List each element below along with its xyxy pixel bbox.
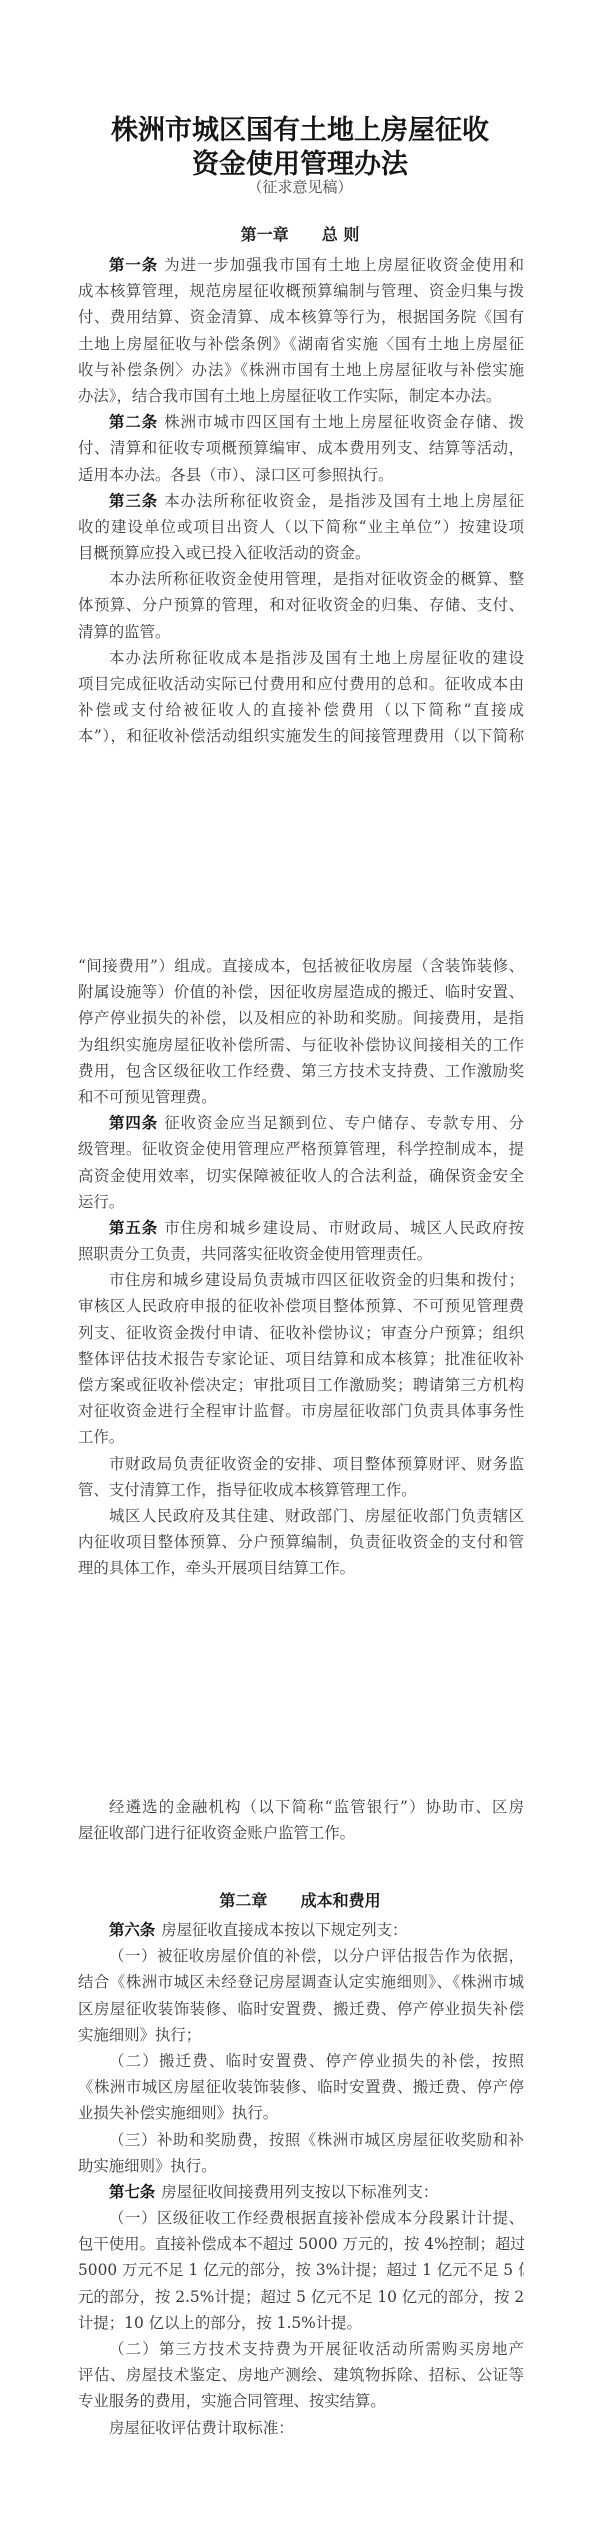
text-line: 屋征收部门进行征收资金账户监管工作。 xyxy=(78,1820,524,1846)
text-line: 照职责分工负责，共同落实征收资金使用管理责任。 xyxy=(78,1241,524,1267)
line-text: 包干使用。直接补偿成本不超过 5000 万元的，按 4%控制；超过 xyxy=(78,2235,524,2253)
text-line: 第七条房屋征收间接费用列支按以下标准列支： xyxy=(78,2179,524,2205)
line-text: 高资金使用效率，切实保障被征收人的合法利益，确保资金安全 xyxy=(78,1167,524,1185)
text-line: 对征收资金进行全程审计监督。市房屋征收部门负责具体事务性 xyxy=(78,1398,524,1424)
text-line: 专业服务的费用，实施合同管理、按实结算。 xyxy=(78,2388,524,2414)
text-line: 元的部分，按 2.5%计提；超过 5 亿元不足 10 亿元的部分，按 2% xyxy=(78,2284,524,2310)
line-text: 目概预算应投入或已投入征收活动的资金。 xyxy=(78,544,370,562)
line-text: 助实施细则》执行。 xyxy=(78,2157,217,2175)
text-line: 费用，包含区级征收工作经费、第三方技术支持费、工作激励奖 xyxy=(78,1058,524,1084)
line-text: 本办法所称征收资金，是指涉及国有土地上房屋征 xyxy=(164,492,524,510)
text-line: （一）被征收房屋价值的补偿，以分户评估报告作为依据， xyxy=(78,1943,524,1969)
text-line: 成本核算管理，规范房屋征收概预算编制与管理、资金归集与拨 xyxy=(78,278,524,304)
text-line: 工作。 xyxy=(78,1424,524,1450)
line-text: 房屋征收评估费计取标准： xyxy=(109,2419,294,2437)
text-line: “间接费用”）组成。直接成本，包括被征收房屋（含装饰装修、 xyxy=(78,953,524,979)
line-text: 土地上房屋征收与补偿条例》《湖南省实施〈国有土地上房屋征 xyxy=(78,335,524,353)
text-line: 第二条株洲市城市四区国有土地上房屋征收资金存储、拨 xyxy=(78,409,524,435)
line-text: 5000 万元不足 1 亿元的部分，按 3%计提；超过 1 亿元不足 5 亿 xyxy=(78,2261,524,2279)
article-label: 第五条 xyxy=(109,1219,158,1237)
text-line: 审核区人民政府申报的征收补偿项目整体预算、不可预见管理费 xyxy=(78,1293,524,1319)
chapter-name: 总 则 xyxy=(322,222,360,245)
line-text: （二）第三方技术支持费为开展征收活动所需购买房地产 xyxy=(109,2340,524,2358)
article-label: 第一条 xyxy=(109,256,158,274)
text-block: 第六条房屋征收直接成本按以下规定列支：（一）被征收房屋价值的补偿，以分户评估报告… xyxy=(78,1917,524,2441)
text-line: 区房屋征收装饰装修、临时安置费、搬迁费、停产停业损失补偿 xyxy=(78,1996,524,2022)
text-line: 补偿或支付给被征收人的直接补偿费用（以下简称“直接成 xyxy=(78,697,524,723)
text-line: 级管理。征收资金使用管理应严格预算管理，科学控制成本，提 xyxy=(78,1136,524,1162)
text-line: 办法》，结合我市国有土地上房屋征收工作实际，制定本办法。 xyxy=(78,383,524,409)
line-text: 项目完成征收活动实际已付费用和应付费用的总和。征收成本由 xyxy=(78,675,524,693)
line-text: （一）被征收房屋价值的补偿，以分户评估报告作为依据， xyxy=(109,1947,524,1965)
line-text: 房屋征收直接成本按以下规定列支： xyxy=(161,1921,407,1939)
line-text: 偿方案或征收补偿决定；审批项目工作激励奖；聘请第三方机构 xyxy=(78,1376,524,1394)
line-text: 清算的监管。 xyxy=(78,623,170,641)
text-line: 第三条本办法所称征收资金，是指涉及国有土地上房屋征 xyxy=(78,488,524,514)
text-line: 本办法所称征收成本是指涉及国有土地上房屋征收的建设 xyxy=(78,645,524,671)
line-text: 本办法所称征收资金使用管理，是指对征收资金的概算、整 xyxy=(109,570,524,588)
chapter-heading-1: 第一章 总 则 xyxy=(0,222,600,245)
line-text: 株洲市城市四区国有土地上房屋征收资金存储、拨 xyxy=(164,413,524,431)
text-line: 附属设施等）价值的补偿，因征收房屋造成的搬迁、临时安置、 xyxy=(78,979,524,1005)
line-text: 结合《株洲市城区未经登记房屋调查认定实施细则》、《株洲市城 xyxy=(78,1973,524,1991)
line-text: 工作。 xyxy=(78,1428,124,1446)
text-line: 内征收项目整体预算、分户预算编制，负责征收资金的支付和管 xyxy=(78,1529,524,1555)
line-text: 体预算、分户预算的管理，和对征收资金的归集、存储、支付、 xyxy=(78,596,524,614)
line-text: 费用，包含区级征收工作经费、第三方技术支持费、工作激励奖 xyxy=(78,1062,524,1080)
text-line: （三）补助和奖励费，按照《株洲市城区房屋征收奖励和补 xyxy=(78,2127,524,2153)
line-text: 付、费用结算、资金清算、成本核算等行为，根据国务院《国有 xyxy=(78,308,524,326)
line-text: 照职责分工负责，共同落实征收资金使用管理责任。 xyxy=(78,1245,432,1263)
text-line: 理的具体工作，牵头开展项目结算工作。 xyxy=(78,1555,524,1581)
line-text: 对征收资金进行全程审计监督。市房屋征收部门负责具体事务性 xyxy=(78,1402,524,1420)
chapter-number: 第一章 xyxy=(241,222,289,245)
article-label: 第七条 xyxy=(109,2183,155,2201)
text-line: 结合《株洲市城区未经登记房屋调查认定实施细则》、《株洲市城 xyxy=(78,1969,524,1995)
text-line: 5000 万元不足 1 亿元的部分，按 3%计提；超过 1 亿元不足 5 亿 xyxy=(78,2257,524,2283)
line-text: （三）补助和奖励费，按照《株洲市城区房屋征收奖励和补 xyxy=(109,2131,524,2149)
line-text: 运行。 xyxy=(78,1193,124,1211)
line-text: 评估、房屋技术鉴定、房地产测绘、建筑物拆除、招标、公证等 xyxy=(78,2366,524,2384)
text-line: 付、费用结算、资金清算、成本核算等行为，根据国务院《国有 xyxy=(78,304,524,330)
line-text: 计提；10 亿以上的部分，按 1.5%计提。 xyxy=(78,2314,362,2332)
line-text: 区房屋征收装饰装修、临时安置费、搬迁费、停产停业损失补偿 xyxy=(78,2000,524,2018)
text-line: 市住房和城乡建设局负责城市四区征收资金的归集和拨付； xyxy=(78,1267,524,1293)
line-text: 《株洲市城区房屋征收装饰装修、临时安置费、搬迁费、停产停 xyxy=(78,2078,524,2096)
text-line: 房屋征收评估费计取标准： xyxy=(78,2415,524,2441)
text-line: 本办法所称征收资金使用管理，是指对征收资金的概算、整 xyxy=(78,566,524,592)
line-text: 房屋征收间接费用列支按以下标准列支： xyxy=(161,2183,438,2201)
text-line: 运行。 xyxy=(78,1189,524,1215)
line-text: 业损失补偿实施细则》执行。 xyxy=(78,2104,278,2122)
text-line: 收的建设单位或项目出资人（以下简称“业主单位”）按建设项 xyxy=(78,514,524,540)
text-line: 管、支付清算工作，指导征收成本核算管理工作。 xyxy=(78,1477,524,1503)
text-line: 清算的监管。 xyxy=(78,619,524,645)
line-text: 内征收项目整体预算、分户预算编制，负责征收资金的支付和管 xyxy=(78,1533,524,1551)
text-line: 偿方案或征收补偿决定；审批项目工作激励奖；聘请第三方机构 xyxy=(78,1372,524,1398)
document-subtitle: （征求意见稿） xyxy=(0,176,600,197)
text-line: 项目完成征收活动实际已付费用和应付费用的总和。征收成本由 xyxy=(78,671,524,697)
text-line: （二）搬迁费、临时安置费、停产停业损失的补偿，按照 xyxy=(78,2048,524,2074)
text-line: 整体评估技术报告专家论证、项目结算和成本核算；批准征收补 xyxy=(78,1346,524,1372)
line-text: 本”），和征收补偿活动组织实施发生的间接管理费用（以下简称 xyxy=(78,727,524,745)
line-text: 元的部分，按 2.5%计提；超过 5 亿元不足 10 亿元的部分，按 2% xyxy=(78,2288,524,2306)
line-text: 收与补偿条例〉办法》《株洲市国有土地上房屋征收与补偿实施 xyxy=(78,361,524,379)
text-block: 经遴选的金融机构（以下简称“监管银行”）协助市、区房屋征收部门进行征收资金账户监… xyxy=(78,1794,524,1846)
line-text: 成本核算管理，规范房屋征收概预算编制与管理、资金归集与拨 xyxy=(78,282,524,300)
line-text: 市住房和城乡建设局负责城市四区征收资金的归集和拨付； xyxy=(109,1271,524,1289)
text-line: 包干使用。直接补偿成本不超过 5000 万元的，按 4%控制；超过 xyxy=(78,2231,524,2257)
text-line: 计提；10 亿以上的部分，按 1.5%计提。 xyxy=(78,2310,524,2336)
text-line: （二）第三方技术支持费为开展征收活动所需购买房地产 xyxy=(78,2336,524,2362)
line-text: 管、支付清算工作，指导征收成本核算管理工作。 xyxy=(78,1481,417,1499)
line-text: 级管理。征收资金使用管理应严格预算管理，科学控制成本，提 xyxy=(78,1140,524,1158)
text-line: 第一条为进一步加强我市国有土地上房屋征收资金使用和 xyxy=(78,252,524,278)
text-line: 高资金使用效率，切实保障被征收人的合法利益，确保资金安全 xyxy=(78,1163,524,1189)
article-label: 第六条 xyxy=(109,1921,155,1939)
text-line: 目概预算应投入或已投入征收活动的资金。 xyxy=(78,540,524,566)
text-line: 收与补偿条例〉办法》《株洲市国有土地上房屋征收与补偿实施 xyxy=(78,357,524,383)
text-line: 第四条征收资金应当足额到位、专户储存、专款专用、分 xyxy=(78,1110,524,1136)
text-line: 经遴选的金融机构（以下简称“监管银行”）协助市、区房 xyxy=(78,1794,524,1820)
text-line: 体预算、分户预算的管理，和对征收资金的归集、存储、支付、 xyxy=(78,592,524,618)
text-line: 城区人民政府及其住建、财政部门、房屋征收部门负责辖区 xyxy=(78,1503,524,1529)
line-text: 为进一步加强我市国有土地上房屋征收资金使用和 xyxy=(164,256,524,274)
line-text: 和不可预见管理费。 xyxy=(78,1088,217,1106)
line-text: 经遴选的金融机构（以下简称“监管银行”）协助市、区房 xyxy=(109,1798,524,1816)
line-text: 办法》，结合我市国有土地上房屋征收工作实际，制定本办法。 xyxy=(78,387,501,405)
text-line: 助实施细则》执行。 xyxy=(78,2153,524,2179)
line-text: 列支、征收资金拨付申请、征收补偿协议；审查分户预算；组织 xyxy=(78,1324,524,1342)
chapter-heading-2: 第二章 成本和费用 xyxy=(0,1888,600,1911)
text-line: 评估、房屋技术鉴定、房地产测绘、建筑物拆除、招标、公证等 xyxy=(78,2362,524,2388)
chapter-number: 第二章 xyxy=(219,1888,267,1911)
line-text: 本办法所称征收成本是指涉及国有土地上房屋征收的建设 xyxy=(109,649,524,667)
line-text: 市财政局负责征收资金的安排、项目整体预算财评、财务监 xyxy=(109,1455,524,1473)
text-line: 适用本办法。各县（市）、渌口区可参照执行。 xyxy=(78,462,524,488)
text-line: 停产停业损失的补偿，以及相应的补助和奖励。间接费用，是指 xyxy=(78,1005,524,1031)
line-text: 理的具体工作，牵头开展项目结算工作。 xyxy=(78,1559,355,1577)
text-line: 实施细则》执行； xyxy=(78,2022,524,2048)
text-line: 《株洲市城区房屋征收装饰装修、临时安置费、搬迁费、停产停 xyxy=(78,2074,524,2100)
text-line: 业损失补偿实施细则》执行。 xyxy=(78,2100,524,2126)
text-block: 第一条为进一步加强我市国有土地上房屋征收资金使用和成本核算管理，规范房屋征收概预… xyxy=(78,252,524,750)
text-line: 付、清算和征收专项概预算编审、成本费用列支、结算等活动， xyxy=(78,435,524,461)
line-text: “间接费用”）组成。直接成本，包括被征收房屋（含装饰装修、 xyxy=(78,957,524,975)
article-label: 第四条 xyxy=(109,1114,158,1132)
text-line: 本”），和征收补偿活动组织实施发生的间接管理费用（以下简称 xyxy=(78,723,524,749)
text-block: “间接费用”）组成。直接成本，包括被征收房屋（含装饰装修、附属设施等）价值的补偿… xyxy=(78,953,524,1582)
line-text: 停产停业损失的补偿，以及相应的补助和奖励。间接费用，是指 xyxy=(78,1009,524,1027)
text-line: 和不可预见管理费。 xyxy=(78,1084,524,1110)
line-text: 付、清算和征收专项概预算编审、成本费用列支、结算等活动， xyxy=(78,439,524,457)
text-line: 土地上房屋征收与补偿条例》《湖南省实施〈国有土地上房屋征 xyxy=(78,331,524,357)
text-line: 列支、征收资金拨付申请、征收补偿协议；审查分户预算；组织 xyxy=(78,1320,524,1346)
line-text: 实施细则》执行； xyxy=(78,2026,201,2044)
line-text: 收的建设单位或项目出资人（以下简称“业主单位”）按建设项 xyxy=(78,518,524,536)
text-line: 第六条房屋征收直接成本按以下规定列支： xyxy=(78,1917,524,1943)
line-text: 审核区人民政府申报的征收补偿项目整体预算、不可预见管理费 xyxy=(78,1297,524,1315)
line-text: 附属设施等）价值的补偿，因征收房屋造成的搬迁、临时安置、 xyxy=(78,983,524,1001)
line-text: 补偿或支付给被征收人的直接补偿费用（以下简称“直接成 xyxy=(78,701,524,719)
article-label: 第三条 xyxy=(109,492,158,510)
chapter-name: 成本和费用 xyxy=(301,1888,381,1911)
text-line: （一）区级征收工作经费根据直接补偿成本分段累计计提、 xyxy=(78,2205,524,2231)
line-text: 城区人民政府及其住建、财政部门、房屋征收部门负责辖区 xyxy=(109,1507,524,1525)
line-text: 适用本办法。各县（市）、渌口区可参照执行。 xyxy=(78,466,394,484)
line-text: （二）搬迁费、临时安置费、停产停业损失的补偿，按照 xyxy=(109,2052,524,2070)
line-text: 专业服务的费用，实施合同管理、按实结算。 xyxy=(78,2392,386,2410)
text-line: 第五条市住房和城乡建设局、市财政局、城区人民政府按 xyxy=(78,1215,524,1241)
line-text: 整体评估技术报告专家论证、项目结算和成本核算；批准征收补 xyxy=(78,1350,524,1368)
article-label: 第二条 xyxy=(109,413,158,431)
line-text: 市住房和城乡建设局、市财政局、城区人民政府按 xyxy=(164,1219,524,1237)
text-line: 为组织实施房屋征收补偿所需、与征收补偿协议间接相关的工作 xyxy=(78,1032,524,1058)
line-text: （一）区级征收工作经费根据直接补偿成本分段累计计提、 xyxy=(109,2209,524,2227)
line-text: 征收资金应当足额到位、专户储存、专款专用、分 xyxy=(164,1114,524,1132)
line-text: 屋征收部门进行征收资金账户监管工作。 xyxy=(78,1824,355,1842)
text-line: 市财政局负责征收资金的安排、项目整体预算财评、财务监 xyxy=(78,1451,524,1477)
line-text: 为组织实施房屋征收补偿所需、与征收补偿协议间接相关的工作 xyxy=(78,1036,524,1054)
